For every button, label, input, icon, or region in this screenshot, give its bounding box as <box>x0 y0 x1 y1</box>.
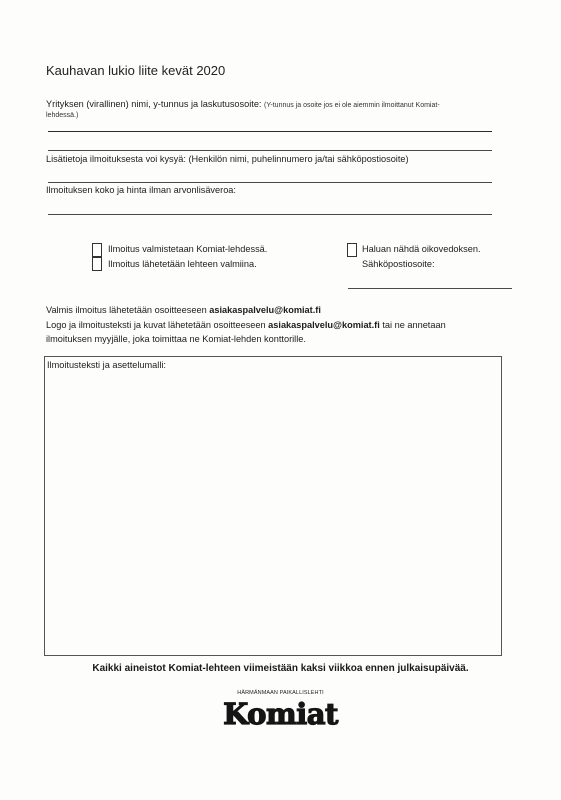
checkbox-sent-ready-label: Ilmoitus lähetetään lehteen valmiina. <box>108 259 257 269</box>
company-label-note: (Y-tunnus ja osoite jos ei ole aiemmin i… <box>264 102 440 109</box>
contact-input-line[interactable] <box>48 182 492 183</box>
checkbox-sent-ready[interactable] <box>92 257 102 271</box>
company-label-text: Yrityksen (virallinen) nimi, y-tunnus ja… <box>46 99 261 109</box>
instructions-line-3: ilmoituksen myyjälle, joka toimittaa ne … <box>46 334 306 344</box>
deadline-notice: Kaikki aineistot Komiat-lehteen viimeist… <box>0 663 561 674</box>
size-price-field-label: Ilmoituksen koko ja hinta ilman arvonlis… <box>46 185 236 195</box>
instructions-email-2: asiakaspalvelu@komiat.fi <box>268 320 380 330</box>
size-price-input-line[interactable] <box>48 214 492 215</box>
checkbox-made-by-komiat[interactable] <box>92 243 102 257</box>
ad-text-box-label: Ilmoitusteksti ja asettelumalli: <box>47 360 166 370</box>
ad-text-box[interactable]: Ilmoitusteksti ja asettelumalli: <box>44 356 502 656</box>
company-label-note-continued: lehdessä.) <box>46 112 78 119</box>
instructions-line-1-text: Valmis ilmoitus lähetetään osoitteeseen <box>46 305 209 315</box>
company-field-label: Yrityksen (virallinen) nimi, y-tunnus ja… <box>46 99 440 109</box>
logo-tagline: HÄRMÄNMAAN PAIKALLISLEHTI <box>0 690 561 696</box>
checkbox-proof-label: Haluan nähdä oikovedoksen. <box>362 244 481 254</box>
company-input-line-1[interactable] <box>48 131 492 132</box>
instructions-email-1: asiakaspalvelu@komiat.fi <box>209 305 321 315</box>
instructions-line-1: Valmis ilmoitus lähetetään osoitteeseen … <box>46 305 321 315</box>
komiat-logo: Komiat <box>0 697 561 731</box>
contact-field-label: Lisätietoja ilmoituksesta voi kysyä: (He… <box>46 154 409 164</box>
checkbox-proof[interactable] <box>347 243 357 257</box>
instructions-line-2: Logo ja ilmoitusteksti ja kuvat lähetetä… <box>46 320 446 330</box>
proof-email-input-line[interactable] <box>348 288 512 289</box>
company-input-line-2[interactable] <box>48 150 492 151</box>
instructions-line-2-suffix: tai ne annetaan <box>380 320 446 330</box>
proof-email-label: Sähköpostiosoite: <box>362 259 435 269</box>
instructions-line-2-text: Logo ja ilmoitusteksti ja kuvat lähetetä… <box>46 320 268 330</box>
checkbox-made-by-komiat-label: Ilmoitus valmistetaan Komiat-lehdessä. <box>108 244 267 254</box>
document-title: Kauhavan lukio liite kevät 2020 <box>46 63 225 78</box>
